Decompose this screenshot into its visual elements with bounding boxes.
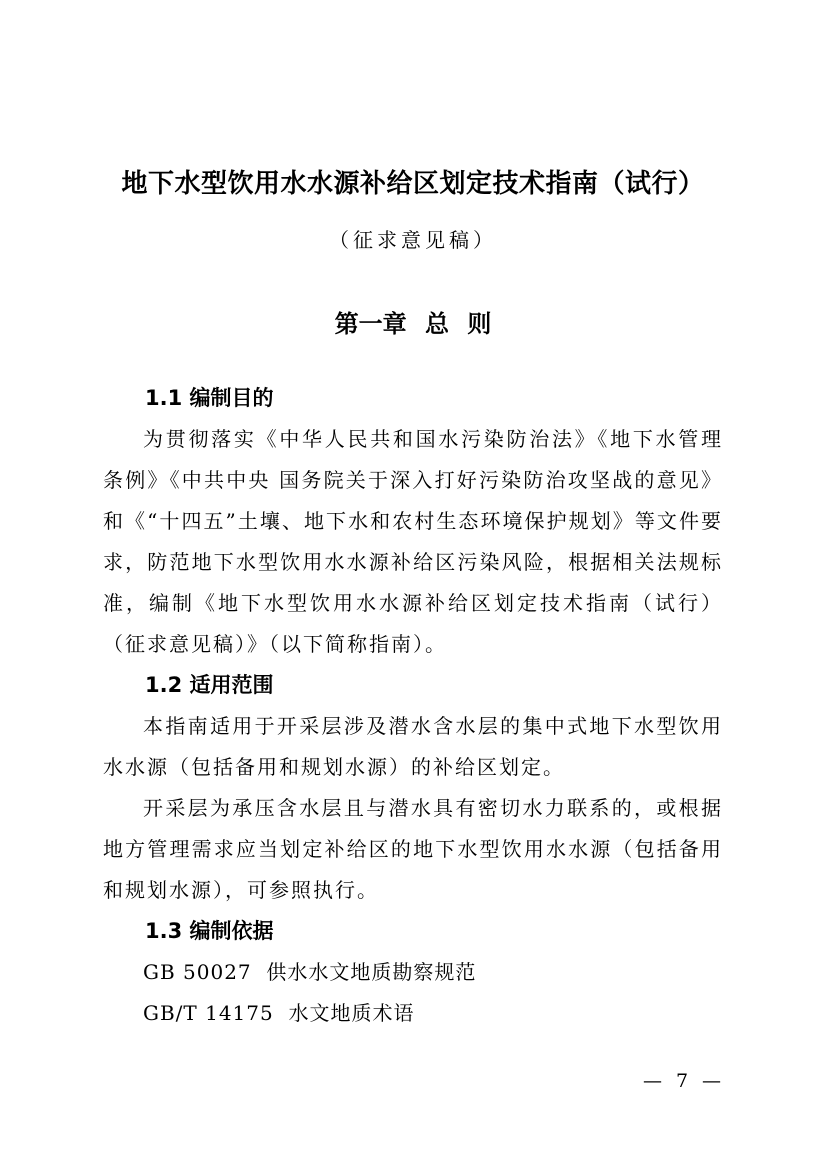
document-content: 地下水型饮用水水源补给区划定技术指南（试行） （征求意见稿） 第一章 总 则 1… bbox=[103, 168, 723, 1034]
page-footer: —7— bbox=[617, 1070, 747, 1092]
document-page: 地下水型饮用水水源补给区划定技术指南（试行） （征求意见稿） 第一章 总 则 1… bbox=[0, 0, 826, 1169]
paragraph-scope-1: 本指南适用于开采层涉及潜水含水层的集中式地下水型饮用水水源（包括备用和规划水源）… bbox=[103, 706, 723, 788]
page-number: 7 bbox=[676, 1070, 688, 1092]
chapter-heading: 第一章 总 则 bbox=[103, 310, 723, 338]
reference-item-gb-50027: GB 50027 供水水文地质勘察规范 bbox=[103, 952, 723, 993]
doc-title: 地下水型饮用水水源补给区划定技术指南（试行） bbox=[103, 168, 723, 200]
paragraph-scope-2: 开采层为承压含水层且与潜水具有密切水力联系的，或根据地方管理需求应当划定补给区的… bbox=[103, 788, 723, 911]
footer-dash-right: — bbox=[702, 1070, 721, 1092]
footer-dash-left: — bbox=[643, 1070, 662, 1092]
section-heading-basis: 1.3 编制依据 bbox=[103, 911, 723, 952]
section-heading-purpose: 1.1 编制目的 bbox=[103, 378, 723, 419]
doc-subtitle: （征求意见稿） bbox=[103, 228, 723, 252]
paragraph-purpose: 为贯彻落实《中华人民共和国水污染防治法》《地下水管理条例》《中共中央 国务院关于… bbox=[103, 419, 723, 665]
reference-item-gbt-14175: GB/T 14175 水文地质术语 bbox=[103, 993, 723, 1034]
section-heading-scope: 1.2 适用范围 bbox=[103, 665, 723, 706]
